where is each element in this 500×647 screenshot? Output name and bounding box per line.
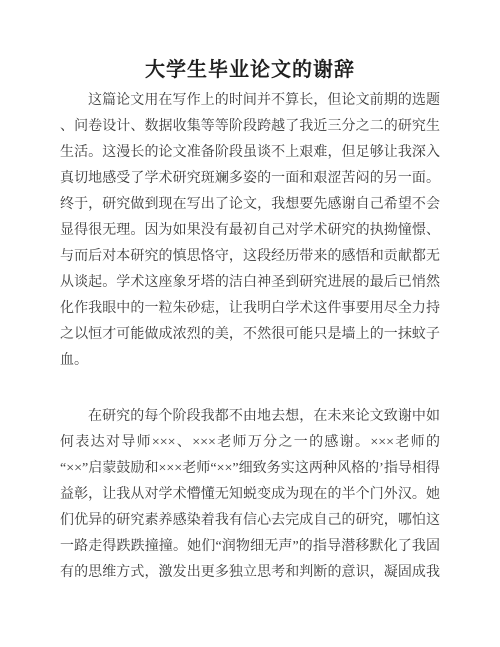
text-line: 何表达对导师×××、×××老师万分之一的感谢。×××老师的	[60, 430, 440, 456]
paragraph-2: 在研究的每个阶段我都不由地去想，在未来论文致谢中如 何表达对导师×××、×××老…	[60, 404, 440, 586]
text-line: 从谈起。学术这座象牙塔的洁白神圣到研究进展的最后已悄然	[60, 270, 440, 296]
text-line: 一路走得跌跌撞撞。她们“润物细无声”的指导潜移默化了我固	[60, 534, 440, 560]
document-body: 这篇论文用在写作上的时间并不算长，但论文前期的选题 、问卷设计、数据收集等等阶段…	[60, 88, 440, 586]
text-line: 化作我眼中的一粒朱砂痣，让我明白学术这件事要用尽全力持	[60, 296, 440, 322]
text-line: 真切地感受了学术研究斑斓多姿的一面和艰涩苦闷的另一面。	[60, 166, 440, 192]
document-title: 大学生毕业论文的谢辞	[60, 56, 440, 84]
text-line: 终于，研究做到现在写出了论文，我想要先感谢自己希望不会	[60, 192, 440, 218]
text-line: 显得很无理。因为如果没有最初自己对学术研究的执拗憧憬、	[60, 218, 440, 244]
text-line: 在研究的每个阶段我都不由地去想，在未来论文致谢中如	[60, 404, 440, 430]
paragraph-1: 这篇论文用在写作上的时间并不算长，但论文前期的选题 、问卷设计、数据收集等等阶段…	[60, 88, 440, 374]
text-line: 血。	[60, 348, 440, 374]
text-line: 与而后对本研究的慎思恪守，这段经历带来的感悟和贡献都无	[60, 244, 440, 270]
text-line: 有的思维方式，激发出更多独立思考和判断的意识，凝固成我	[60, 560, 440, 586]
text-line: 生活。这漫长的论文准备阶段虽谈不上艰难，但足够让我深入	[60, 140, 440, 166]
text-line: 们优异的研究素养感染着我有信心去完成自己的研究，哪怕这	[60, 508, 440, 534]
text-line: 益彰，让我从对学术懵懂无知蜕变成为现在的半个门外汉。她	[60, 482, 440, 508]
text-line: 之以恒才可能做成浓烈的美，不然很可能只是墙上的一抹蚊子	[60, 322, 440, 348]
document-page: 大学生毕业论文的谢辞 这篇论文用在写作上的时间并不算长，但论文前期的选题 、问卷…	[0, 0, 500, 647]
text-line: 这篇论文用在写作上的时间并不算长，但论文前期的选题	[60, 88, 440, 114]
text-line: 、问卷设计、数据收集等等阶段跨越了我近三分之二的研究生	[60, 114, 440, 140]
text-line: “××”启蒙鼓励和×××老师“××”细致务实这两种风格的’指导相得	[60, 456, 440, 482]
